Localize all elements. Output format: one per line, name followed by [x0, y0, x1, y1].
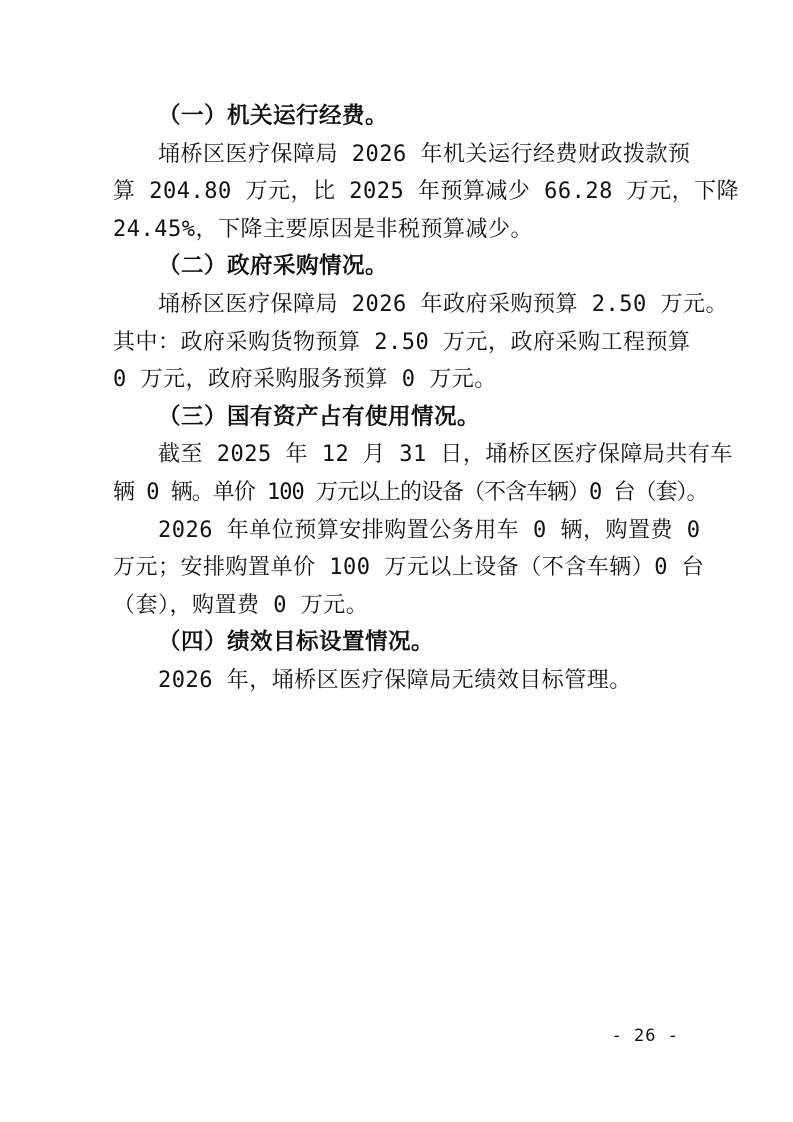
text-line: 截至 2025 年 12 月 31 日，埇桥区医疗保障局共有车: [113, 436, 681, 474]
text-line: 2026 年，埇桥区医疗保障局无绩效目标管理。: [113, 662, 681, 700]
section-heading: （三）国有资产占有使用情况。: [113, 399, 681, 437]
text-line: 埇桥区医疗保障局 2026 年机关运行经费财政拨款预: [113, 136, 681, 174]
section-heading: （二）政府采购情况。: [113, 248, 681, 286]
text-line: 辆 0 辆。单价 100 万元以上的设备（不含车辆）0 台（套）。: [113, 474, 681, 512]
document-page: （一）机关运行经费。 埇桥区医疗保障局 2026 年机关运行经费财政拨款预 算 …: [0, 0, 793, 1122]
section-heading: （一）机关运行经费。: [113, 98, 681, 136]
section-heading: （四）绩效目标设置情况。: [113, 624, 681, 662]
text-line: 埇桥区医疗保障局 2026 年政府采购预算 2.50 万元。: [113, 286, 681, 324]
text-line: 算 204.80 万元，比 2025 年预算减少 66.28 万元，下降: [113, 173, 681, 211]
text-line: 2026 年单位预算安排购置公务用车 0 辆，购置费 0: [113, 512, 681, 550]
text-line: 0 万元，政府采购服务预算 0 万元。: [113, 361, 681, 399]
text-line: （套），购置费 0 万元。: [113, 587, 681, 625]
text-line: 万元；安排购置单价 100 万元以上设备（不含车辆）0 台: [113, 549, 681, 587]
page-number: - 26 -: [612, 1024, 679, 1048]
text-line: 其中：政府采购货物预算 2.50 万元，政府采购工程预算: [113, 324, 681, 362]
text-line: 24.45%，下降主要原因是非税预算减少。: [113, 211, 681, 249]
document-body: （一）机关运行经费。 埇桥区医疗保障局 2026 年机关运行经费财政拨款预 算 …: [113, 98, 681, 700]
